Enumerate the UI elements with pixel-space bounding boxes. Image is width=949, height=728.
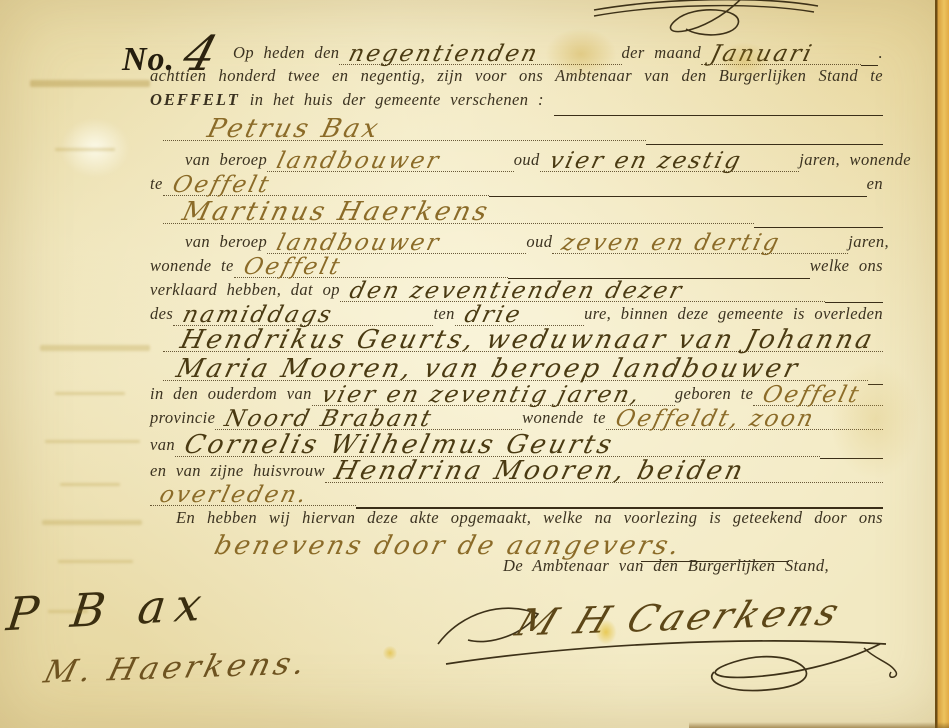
form-line-18: overleden.	[150, 481, 883, 509]
printed-text: te	[150, 174, 163, 194]
printed-text: en van zijne huisvrouw	[150, 461, 325, 481]
fill-line: den zeventienden dezer	[340, 277, 825, 302]
fill-line	[646, 113, 883, 145]
fill-line	[508, 253, 810, 279]
declarant2-name: Martinus Haerkens	[180, 199, 493, 225]
printed-text: des	[150, 304, 173, 324]
fill-line: vier en zestig	[540, 147, 800, 172]
printed-text: Op heden den	[233, 43, 339, 63]
fill-line: overleden.	[150, 481, 356, 506]
declarant2-residence: Oeffelt	[241, 256, 344, 279]
form-line-1: Op heden den negentienden der maand Janu…	[233, 40, 883, 66]
printed-text: wonende te	[522, 408, 606, 428]
page-edge	[935, 0, 949, 728]
printed-text: van beroep	[185, 150, 267, 170]
form-line-12: Hendrikus Geurts, weduwnaar van Johanna	[163, 324, 883, 356]
form-line-14: in den ouderdom van vier en zeventig jar…	[150, 381, 883, 407]
page-edge-shadow	[689, 722, 949, 728]
fill-line: Cornelis Wilhelmus Geurts	[175, 429, 820, 457]
declarant1-age: vier en zestig	[547, 150, 745, 173]
deceased-province: Noord Brabant	[222, 408, 435, 431]
fill-line: Januari	[701, 40, 861, 65]
deceased-age: vier en zeventig jaren,	[319, 384, 644, 407]
handwritten-day: negentienden	[347, 43, 542, 66]
parents-status: overleden.	[157, 484, 311, 507]
death-certificate-scan: No.4 Op heden den negentienden der maand…	[0, 0, 949, 728]
declarant1-name: Petrus Bax	[205, 116, 384, 142]
fill-line: vier en zeventig jaren,	[312, 381, 675, 406]
ink-bleedthrough	[58, 560, 133, 563]
printed-text: geboren te	[675, 384, 754, 404]
death-date: den zeventienden dezer	[347, 280, 686, 303]
printed-text: ten	[433, 304, 454, 324]
ink-bleedthrough	[45, 440, 140, 443]
fill-line: Oeffeldt, zoon	[606, 405, 883, 430]
form-line-7: Martinus Haerkens	[163, 196, 883, 228]
paper-stain	[383, 646, 397, 660]
municipality-name: OEFFELT	[150, 90, 240, 110]
form-line-4: Petrus Bax	[163, 113, 883, 145]
printed-text: oud	[526, 232, 552, 252]
printed-text: verklaard hebben, dat op	[150, 280, 340, 300]
deceased-spouse-profession: Maria Mooren, van beroep landbouwer	[174, 356, 803, 382]
fill-line: drie	[455, 301, 584, 326]
form-line-15: provincie Noord Brabant wonende te Oeffe…	[150, 405, 883, 431]
fill-line: Noord Brabant	[215, 405, 522, 430]
ink-bleedthrough	[60, 483, 120, 486]
declarant1-profession: landbouwer	[274, 150, 443, 173]
fill-line: Hendrikus Geurts, weduwnaar van Johanna	[163, 324, 883, 352]
printed-text: jaren,	[848, 232, 889, 252]
form-line-6: te Oeffelt en	[150, 171, 883, 197]
printed-text: jaren, wonende	[799, 150, 911, 170]
printed-text: van	[150, 435, 175, 455]
printed-text: wonende te	[150, 256, 234, 276]
form-line-9: wonende te Oeffelt welke ons	[150, 253, 883, 279]
fill-line: negentienden	[339, 40, 621, 65]
fill-line: namiddags	[173, 301, 433, 326]
form-line-5: van beroep landbouwer oud vier en zestig…	[185, 147, 911, 173]
fill-line: Petrus Bax	[163, 113, 646, 141]
printed-text: in het huis der gemeente verschenen :	[250, 90, 544, 110]
deceased-name: Hendrikus Geurts, weduwnaar van Johanna	[178, 327, 878, 353]
fill-line	[825, 277, 883, 303]
handwritten-month: Januari	[708, 43, 816, 66]
deceased-birthplace: Oeffelt	[760, 384, 863, 407]
ink-bleedthrough	[42, 520, 142, 525]
fill-line: Oeffelt	[234, 253, 508, 278]
ink-bleedthrough	[30, 80, 150, 87]
fill-line: benevens door de aangevers.	[205, 530, 641, 557]
form-line-10: verklaard hebben, dat op den zeventiende…	[150, 277, 883, 303]
fill-line: landbouwer	[267, 229, 526, 254]
fill-line: landbouwer	[267, 147, 514, 172]
printed-text: in den ouderdom van	[150, 384, 312, 404]
form-line-2: achttien honderd twee en negentig, zijn …	[150, 66, 883, 92]
fill-line	[754, 196, 883, 228]
printed-text: der maand	[622, 43, 702, 63]
ink-bleedthrough	[55, 392, 125, 395]
declarant2-profession: landbouwer	[274, 232, 443, 255]
fill-line: zeven en dertig	[552, 229, 848, 254]
fill-line	[489, 171, 867, 197]
declarant2-age: zeven en dertig	[560, 232, 784, 255]
official-title: De Ambtenaar van den Burgerlijken Stand,	[503, 556, 829, 576]
fill-line: Oeffelt	[753, 381, 883, 406]
printed-text: .	[878, 43, 883, 63]
fill-line: Maria Mooren, van beroep landbouwer	[163, 353, 868, 381]
form-line-8: van beroep landbouwer oud zeven en derti…	[185, 229, 889, 255]
fill-line	[861, 40, 878, 66]
printed-text: provincie	[150, 408, 215, 428]
fill-line	[356, 481, 883, 509]
printed-text: welke ons	[810, 256, 883, 276]
fill-line: Martinus Haerkens	[163, 196, 754, 224]
official-signature: M H Caerkens	[428, 578, 910, 698]
deceased-residence: Oeffeldt, zoon	[613, 408, 817, 431]
witness2-signature: M. Haerkens.	[40, 645, 313, 690]
printed-text: ure, binnen deze gemeente is overleden	[584, 304, 883, 324]
fill-line: Hendrina Mooren, beiden	[325, 455, 883, 483]
declarant1-residence: Oeffelt	[170, 174, 273, 197]
ink-bleedthrough	[48, 610, 88, 613]
ink-bleedthrough	[40, 345, 150, 351]
fill-line: Oeffelt	[163, 171, 489, 196]
printed-text: en	[867, 174, 883, 194]
printed-text: van beroep	[185, 232, 267, 252]
witness1-signature: P B ax	[4, 577, 214, 641]
ink-bleedthrough	[55, 148, 115, 151]
printed-text: oud	[514, 150, 540, 170]
